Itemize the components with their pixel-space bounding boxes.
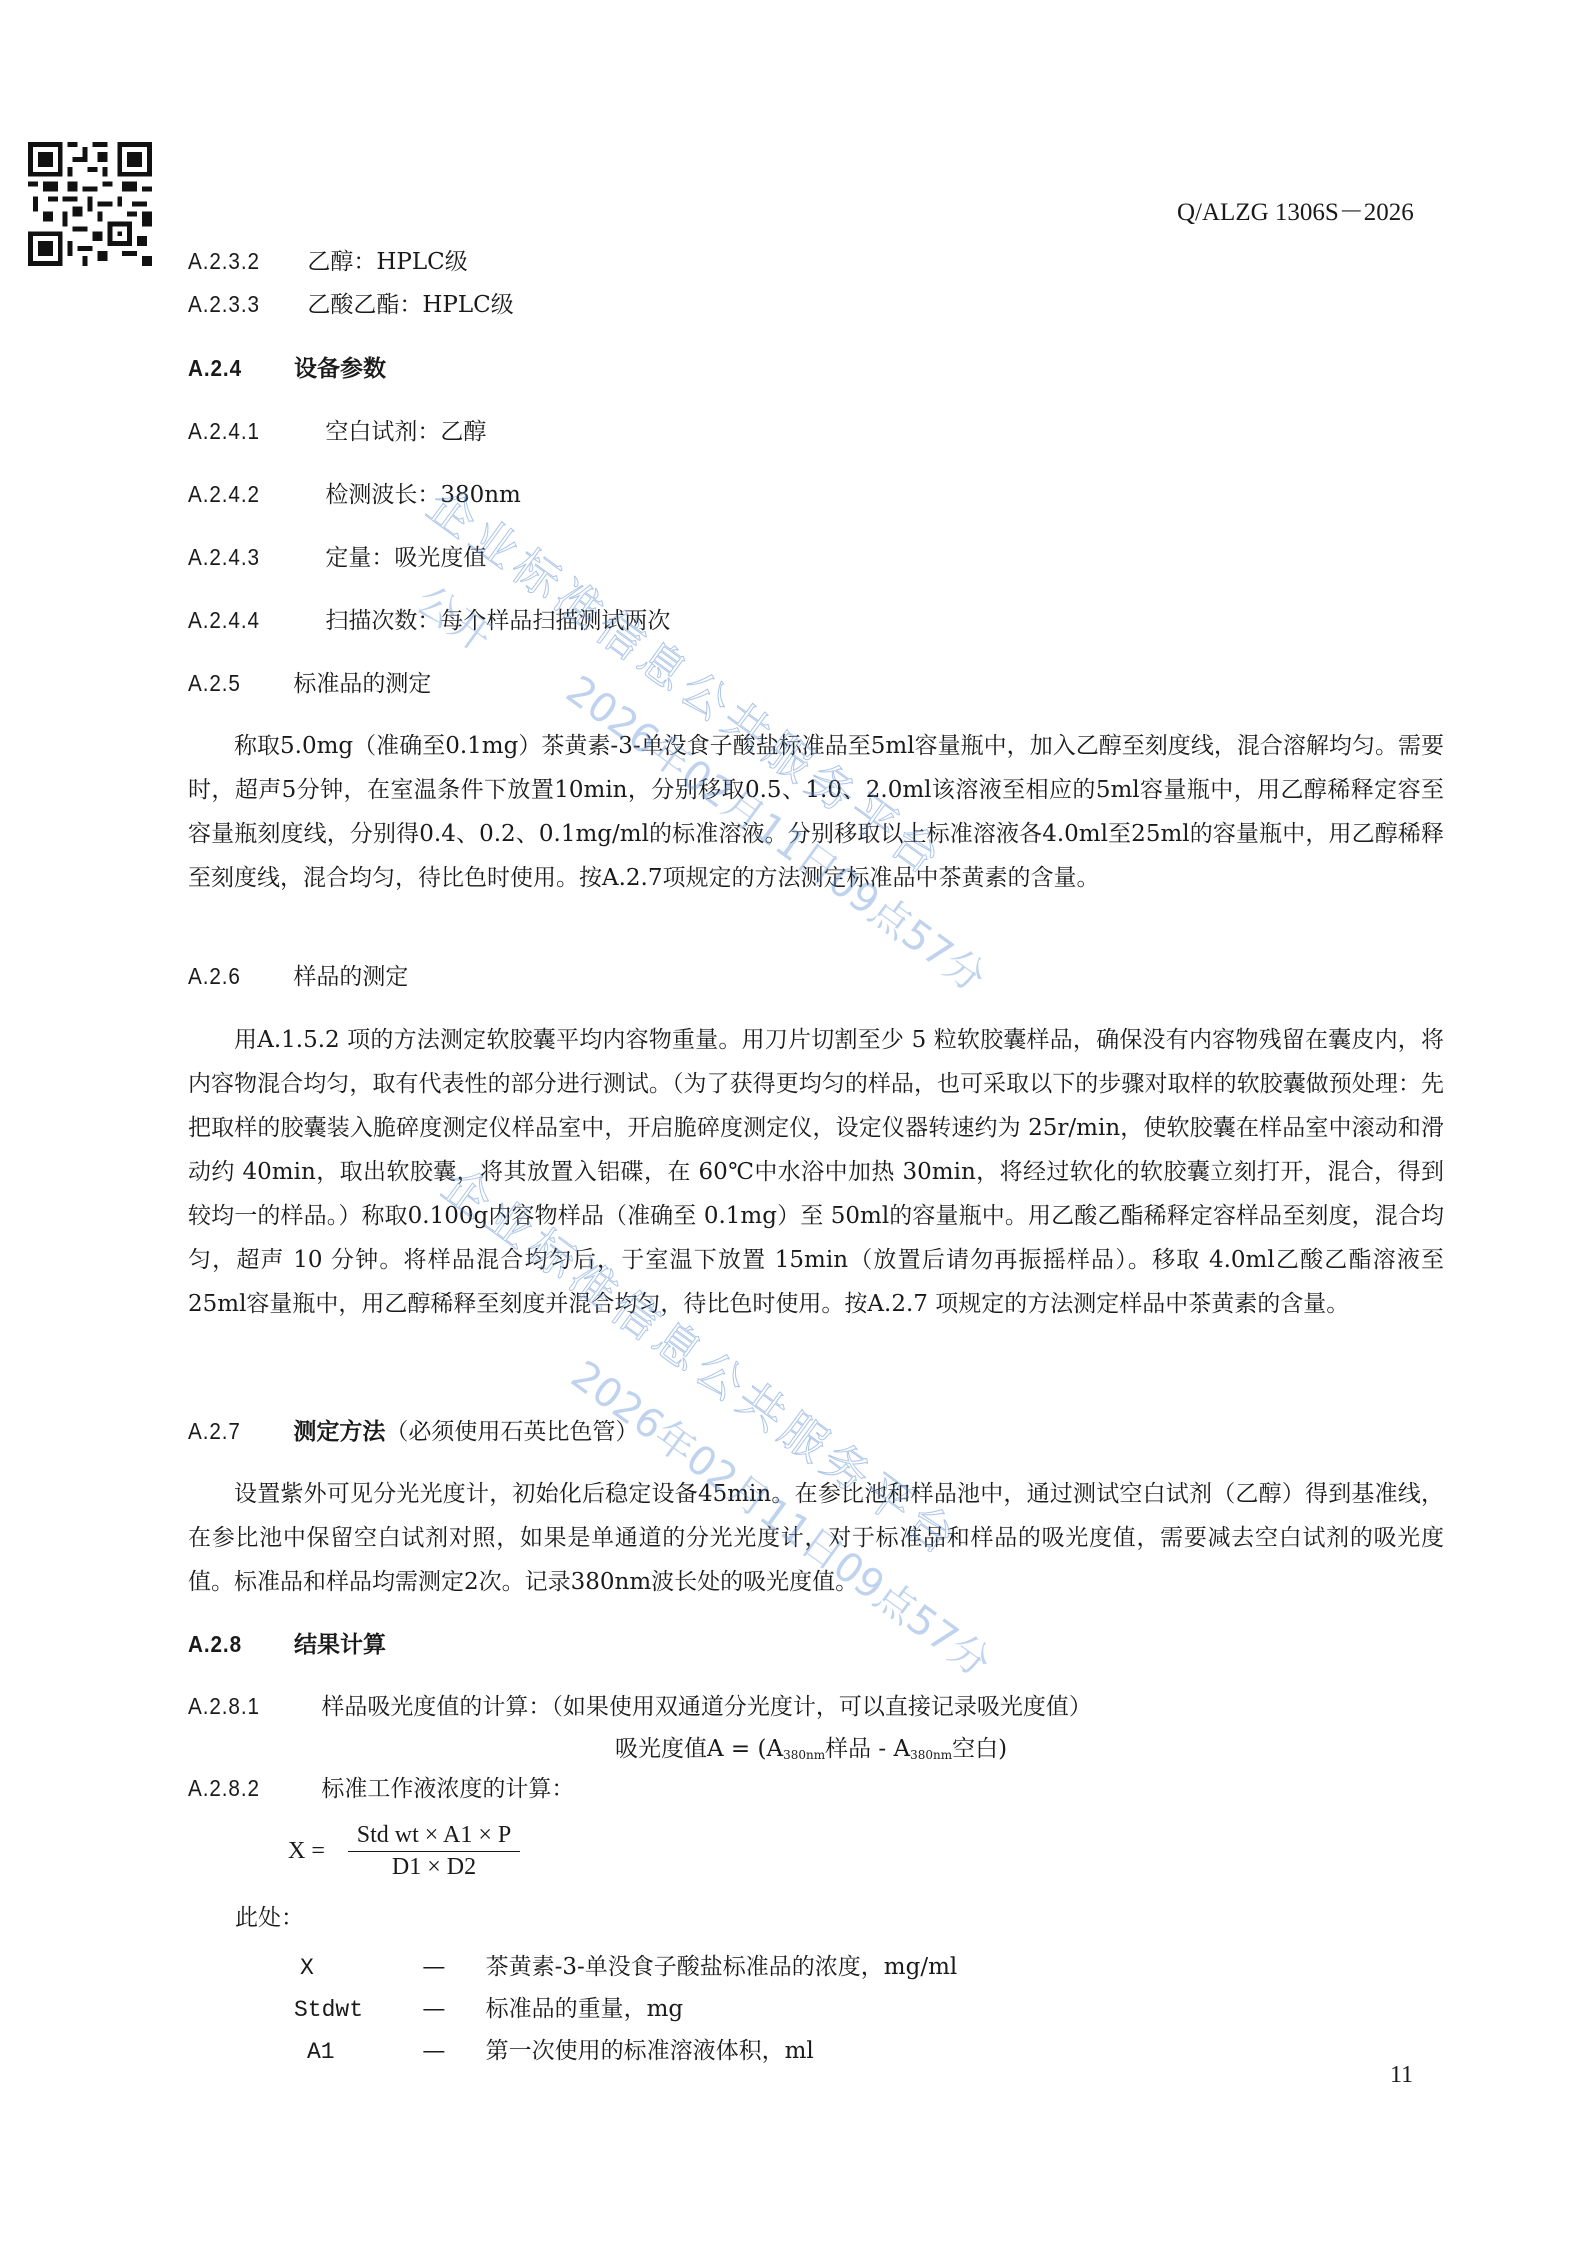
clause-number: A.2.3.3 [188, 288, 289, 320]
section-number: A.2.4 [188, 352, 276, 384]
section-number: A.2.5 [188, 667, 276, 699]
formula-term-a: A [894, 1736, 911, 1762]
section-number: A.2.7 [188, 1415, 276, 1447]
clause-text: 标准工作液浓度的计算： [321, 1776, 574, 1802]
section-heading-a2-5: A.2.5 标准品的测定 [188, 667, 431, 700]
definition-symbol: Stdwt [294, 1997, 415, 2023]
section-title-note: （必须使用石英比色管） [385, 1419, 638, 1445]
clause-a2-3-2: A.2.3.2 乙醇：HPLC级 [188, 245, 468, 278]
qr-code-icon [28, 142, 152, 266]
section-title: 样品的测定 [293, 964, 408, 990]
definition-desc: 茶黄素-3-单没食子酸盐标准品的浓度，mg/ml [486, 1954, 958, 1980]
definition-dash: — [422, 2038, 478, 2064]
absorbance-formula: 吸光度值A = (A380nm样品 - A380nm空白) [615, 1730, 1007, 1763]
concentration-fraction: Std wt × A1 × P D1 × D2 [348, 1822, 520, 1881]
definition-desc: 标准品的重量，mg [486, 1996, 684, 2022]
section-title: 测定方法 [293, 1419, 385, 1445]
formula-x-lhs: X = [288, 1838, 325, 1865]
definition-dash: — [422, 1954, 478, 1980]
clause-number: A.2.4.2 [188, 478, 305, 510]
paragraph-sample-determination: 用A.1.5.2 项的方法测定软胶囊平均内容物重量。用刀片切割至少 5 粒软胶囊… [188, 1018, 1444, 1326]
where-label: 此处： [235, 1902, 304, 1934]
paragraph-method: 设置紫外可见分光光度计，初始化后稳定设备45min。在参比池和样品池中，通过测试… [188, 1472, 1444, 1604]
clause-number: A.2.4.4 [188, 604, 305, 636]
section-title: 标准品的测定 [293, 671, 431, 697]
definition-dash: — [422, 1996, 478, 2022]
clause-number: A.2.8.2 [188, 1772, 301, 1804]
clause-text: 扫描次数：每个样品扫描测试两次 [325, 608, 670, 634]
definition-desc: 第一次使用的标准溶液体积，ml [486, 2038, 814, 2064]
section-title: 结果计算 [294, 1632, 386, 1658]
clause-a2-4-3: A.2.4.3 定量：吸光度值 [188, 541, 486, 574]
formula-subscript: 380nm [910, 1748, 952, 1762]
definition-row: A1 — 第一次使用的标准溶液体积，ml [307, 2032, 814, 2065]
paragraph-standard-determination: 称取5.0mg（准确至0.1mg）茶黄素-3-单没食子酸盐标准品至5ml容量瓶中… [188, 724, 1444, 900]
definition-row: X — 茶黄素-3-单没食子酸盐标准品的浓度，mg/ml [300, 1948, 957, 1981]
clause-a2-4-2: A.2.4.2 检测波长：380nm [188, 478, 521, 511]
section-heading-a2-4: A.2.4 设备参数 [188, 352, 386, 385]
formula-lhs: 吸光度值A = ( [615, 1736, 766, 1762]
definition-row: Stdwt — 标准品的重量，mg [294, 1990, 683, 2023]
section-number: A.2.8 [188, 1628, 276, 1660]
clause-text: 乙酸乙酯：HPLC级 [307, 292, 513, 318]
page-number: 11 [1390, 2062, 1413, 2089]
section-heading-a2-8: A.2.8 结果计算 [188, 1628, 386, 1661]
definition-symbol: A1 [307, 2039, 415, 2065]
clause-text: 定量：吸光度值 [325, 545, 486, 571]
formula-label-sample: 样品 - [825, 1736, 893, 1762]
formula-label-blank: 空白) [952, 1736, 1007, 1762]
section-heading-a2-7: A.2.7 测定方法（必须使用石英比色管） [188, 1415, 638, 1448]
clause-a2-4-4: A.2.4.4 扫描次数：每个样品扫描测试两次 [188, 604, 670, 637]
definition-symbol: X [300, 1955, 415, 1981]
formula-subscript: 380nm [783, 1748, 825, 1762]
section-number: A.2.6 [188, 960, 276, 992]
clause-a2-8-2: A.2.8.2 标准工作液浓度的计算： [188, 1772, 574, 1805]
fraction-numerator: Std wt × A1 × P [348, 1822, 520, 1852]
formula-term-a: A [766, 1736, 783, 1762]
clause-text: 检测波长：380nm [325, 482, 521, 508]
section-title: 设备参数 [294, 356, 386, 382]
fraction-denominator: D1 × D2 [348, 1852, 520, 1881]
clause-number: A.2.8.1 [188, 1690, 301, 1722]
clause-a2-4-1: A.2.4.1 空白试剂：乙醇 [188, 415, 486, 448]
clause-text: 乙醇：HPLC级 [307, 249, 467, 275]
clause-number: A.2.4.3 [188, 541, 305, 573]
clause-number: A.2.4.1 [188, 415, 305, 447]
section-heading-a2-6: A.2.6 样品的测定 [188, 960, 408, 993]
clause-a2-8-1: A.2.8.1 样品吸光度值的计算：（如果使用双通道分光度计，可以直接记录吸光度… [188, 1690, 1092, 1723]
clause-a2-3-3: A.2.3.3 乙酸乙酯：HPLC级 [188, 288, 514, 321]
clause-text: 空白试剂：乙醇 [325, 419, 486, 445]
clause-number: A.2.3.2 [188, 245, 289, 277]
clause-text: 样品吸光度值的计算：（如果使用双通道分光度计，可以直接记录吸光度值） [321, 1694, 1092, 1720]
standard-code: Q/ALZG 1306S－2026 [1177, 192, 1414, 228]
